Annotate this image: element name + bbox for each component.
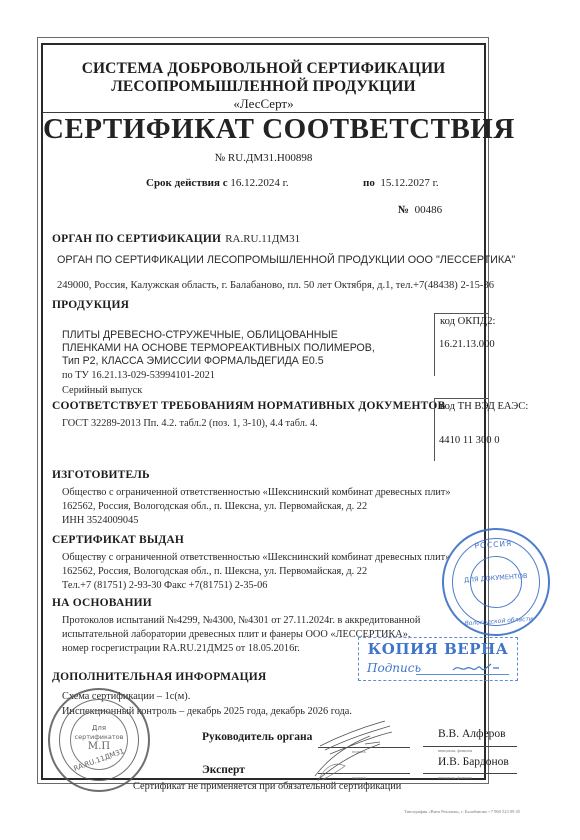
basis-line-3: номер госрегистрации RA.RU.21ДМ25 от 18.… (62, 643, 300, 654)
certification-body-heading: ОРГАН ПО СЕРТИФИКАЦИИ (52, 233, 221, 245)
validity-to-label: по (363, 177, 375, 189)
product-line-5: Серийный выпуск (62, 385, 142, 396)
okpd2-value: 16.21.13.000 (439, 339, 492, 350)
okpd2-code-box: код ОКПД2: 16.21.13.000 (434, 313, 488, 376)
certificate-number: № RU.ДМ31.Н00898 (43, 152, 484, 164)
product-heading: ПРОДУКЦИЯ (52, 299, 129, 311)
seal-center-line2: сертификатов (50, 733, 148, 741)
footer-note: Сертификат не применяется при обязательн… (133, 781, 401, 792)
form-number-value: 00486 (415, 204, 443, 216)
certification-body-heading-row: ОРГАН ПО СЕРТИФИКАЦИИ RA.RU.11ДМ31 (52, 229, 300, 247)
certificate-title: СЕРТИФИКАТ СООТВЕТСТВИЯ (43, 113, 484, 146)
okpd2-label: код ОКПД2: (440, 316, 495, 327)
expert-label: Эксперт (202, 764, 245, 776)
form-number: № 00486 (398, 204, 442, 216)
print-credit: Типография «Вита Реклама», г. Балабаново… (404, 809, 520, 814)
valid-to-date: 15.12.2027 г. (380, 177, 438, 189)
head-of-body-label: Руководитель органа (202, 731, 312, 743)
basis-line-1: Протоколов испытаний №4299, №4300, №4301… (62, 615, 420, 626)
tnved-value: 4410 11 300 0 (439, 435, 492, 446)
validity-label: Срок действия (146, 177, 220, 189)
manufacturer-heading: ИЗГОТОВИТЕЛЬ (52, 469, 150, 481)
validity-from-label: с (223, 177, 228, 189)
product-line-4: по ТУ 16.21.13-029-53994101-2021 (62, 370, 215, 381)
copy-certified-title: КОПИЯ ВЕРНА (359, 640, 517, 658)
manufacturer-line-3: ИНН 3524009045 (62, 515, 138, 526)
head-of-body-name: В.В. Алферов (438, 728, 506, 740)
certification-body-code: RA.RU.11ДМ31 (225, 233, 300, 245)
tnved-label: код ТН ВЭД ЕАЭС: (440, 401, 528, 412)
compliance-standard: ГОСТ 32289-2013 Пп. 4.2. табл.2 (поз. 1,… (62, 418, 318, 429)
valid-from-date: 16.12.2024 г. (230, 177, 288, 189)
basis-heading: НА ОСНОВАНИИ (52, 597, 152, 609)
issued-to-line-3: Тел.+7 (81751) 2-93-30 Факс +7(81751) 2-… (62, 580, 267, 591)
head-name-caption: инициалы, фамилия (438, 748, 472, 753)
compliance-heading: СООТВЕТСТВУЕТ ТРЕБОВАНИЯМ НОРМАТИВНЫХ ДО… (52, 400, 445, 412)
copy-signature-icon (451, 660, 501, 676)
form-number-label: № (398, 204, 409, 216)
validity-to: по 15.12.2027 г. (363, 177, 439, 189)
head-name-line (423, 746, 517, 747)
tnved-code-box: код ТН ВЭД ЕАЭС: 4410 11 300 0 (434, 398, 488, 461)
product-line-2: ПЛЕНКАМИ НА ОСНОВЕ ТЕРМОРЕАКТИВНЫХ ПОЛИМ… (62, 342, 375, 354)
system-title-line1: СИСТЕМА ДОБРОВОЛЬНОЙ СЕРТИФИКАЦИИ (43, 60, 484, 78)
certification-body-seal-icon: Для сертификатов М.П RA.RU.11ДМ31 (48, 688, 150, 792)
system-title-line2: ЛЕСОПРОМЫШЛЕННОЙ ПРОДУКЦИИ (43, 78, 484, 96)
product-line-1: ПЛИТЫ ДРЕВЕСНО-СТРУЖЕЧНЫЕ, ОБЛИЦОВАННЫЕ (62, 329, 338, 341)
certification-body-address: 249000, Россия, Калужская область, г. Ба… (57, 280, 494, 291)
copy-certified-signature-label: Подпись (367, 661, 421, 675)
expert-name-line (423, 773, 517, 774)
expert-name-caption: инициалы, фамилия (438, 775, 472, 780)
system-brand: «ЛесСерт» (43, 96, 484, 112)
certification-body-name: ОРГАН ПО СЕРТИФИКАЦИИ ЛЕСОПРОМЫШЛЕННОЙ П… (57, 254, 515, 266)
manufacturer-line-1: Общество с ограниченной ответственностью… (62, 487, 451, 498)
handwritten-signature-icon (300, 716, 400, 786)
additional-info-heading: ДОПОЛНИТЕЛЬНАЯ ИНФОРМАЦИЯ (52, 671, 266, 683)
issued-to-line-2: 162562, Россия, Вологодская обл., п. Шек… (62, 566, 367, 577)
seal-center-line1: Для (50, 724, 148, 732)
expert-name: И.В. Бардонов (438, 756, 509, 768)
validity-period: Срок действия с 16.12.2024 г. (146, 177, 289, 189)
manufacturer-line-2: 162562, Россия, Вологодская обл., п. Шек… (62, 501, 367, 512)
copy-certified-stamp: КОПИЯ ВЕРНА Подпись (358, 637, 518, 681)
product-line-3: Тип Р2, КЛАССА ЭМИССИИ ФОРМАЛЬДЕГИДА Е0.… (62, 355, 324, 367)
issued-to-heading: СЕРТИФИКАТ ВЫДАН (52, 534, 184, 546)
issued-to-line-1: Обществу с ограниченной ответственностью… (62, 552, 450, 563)
